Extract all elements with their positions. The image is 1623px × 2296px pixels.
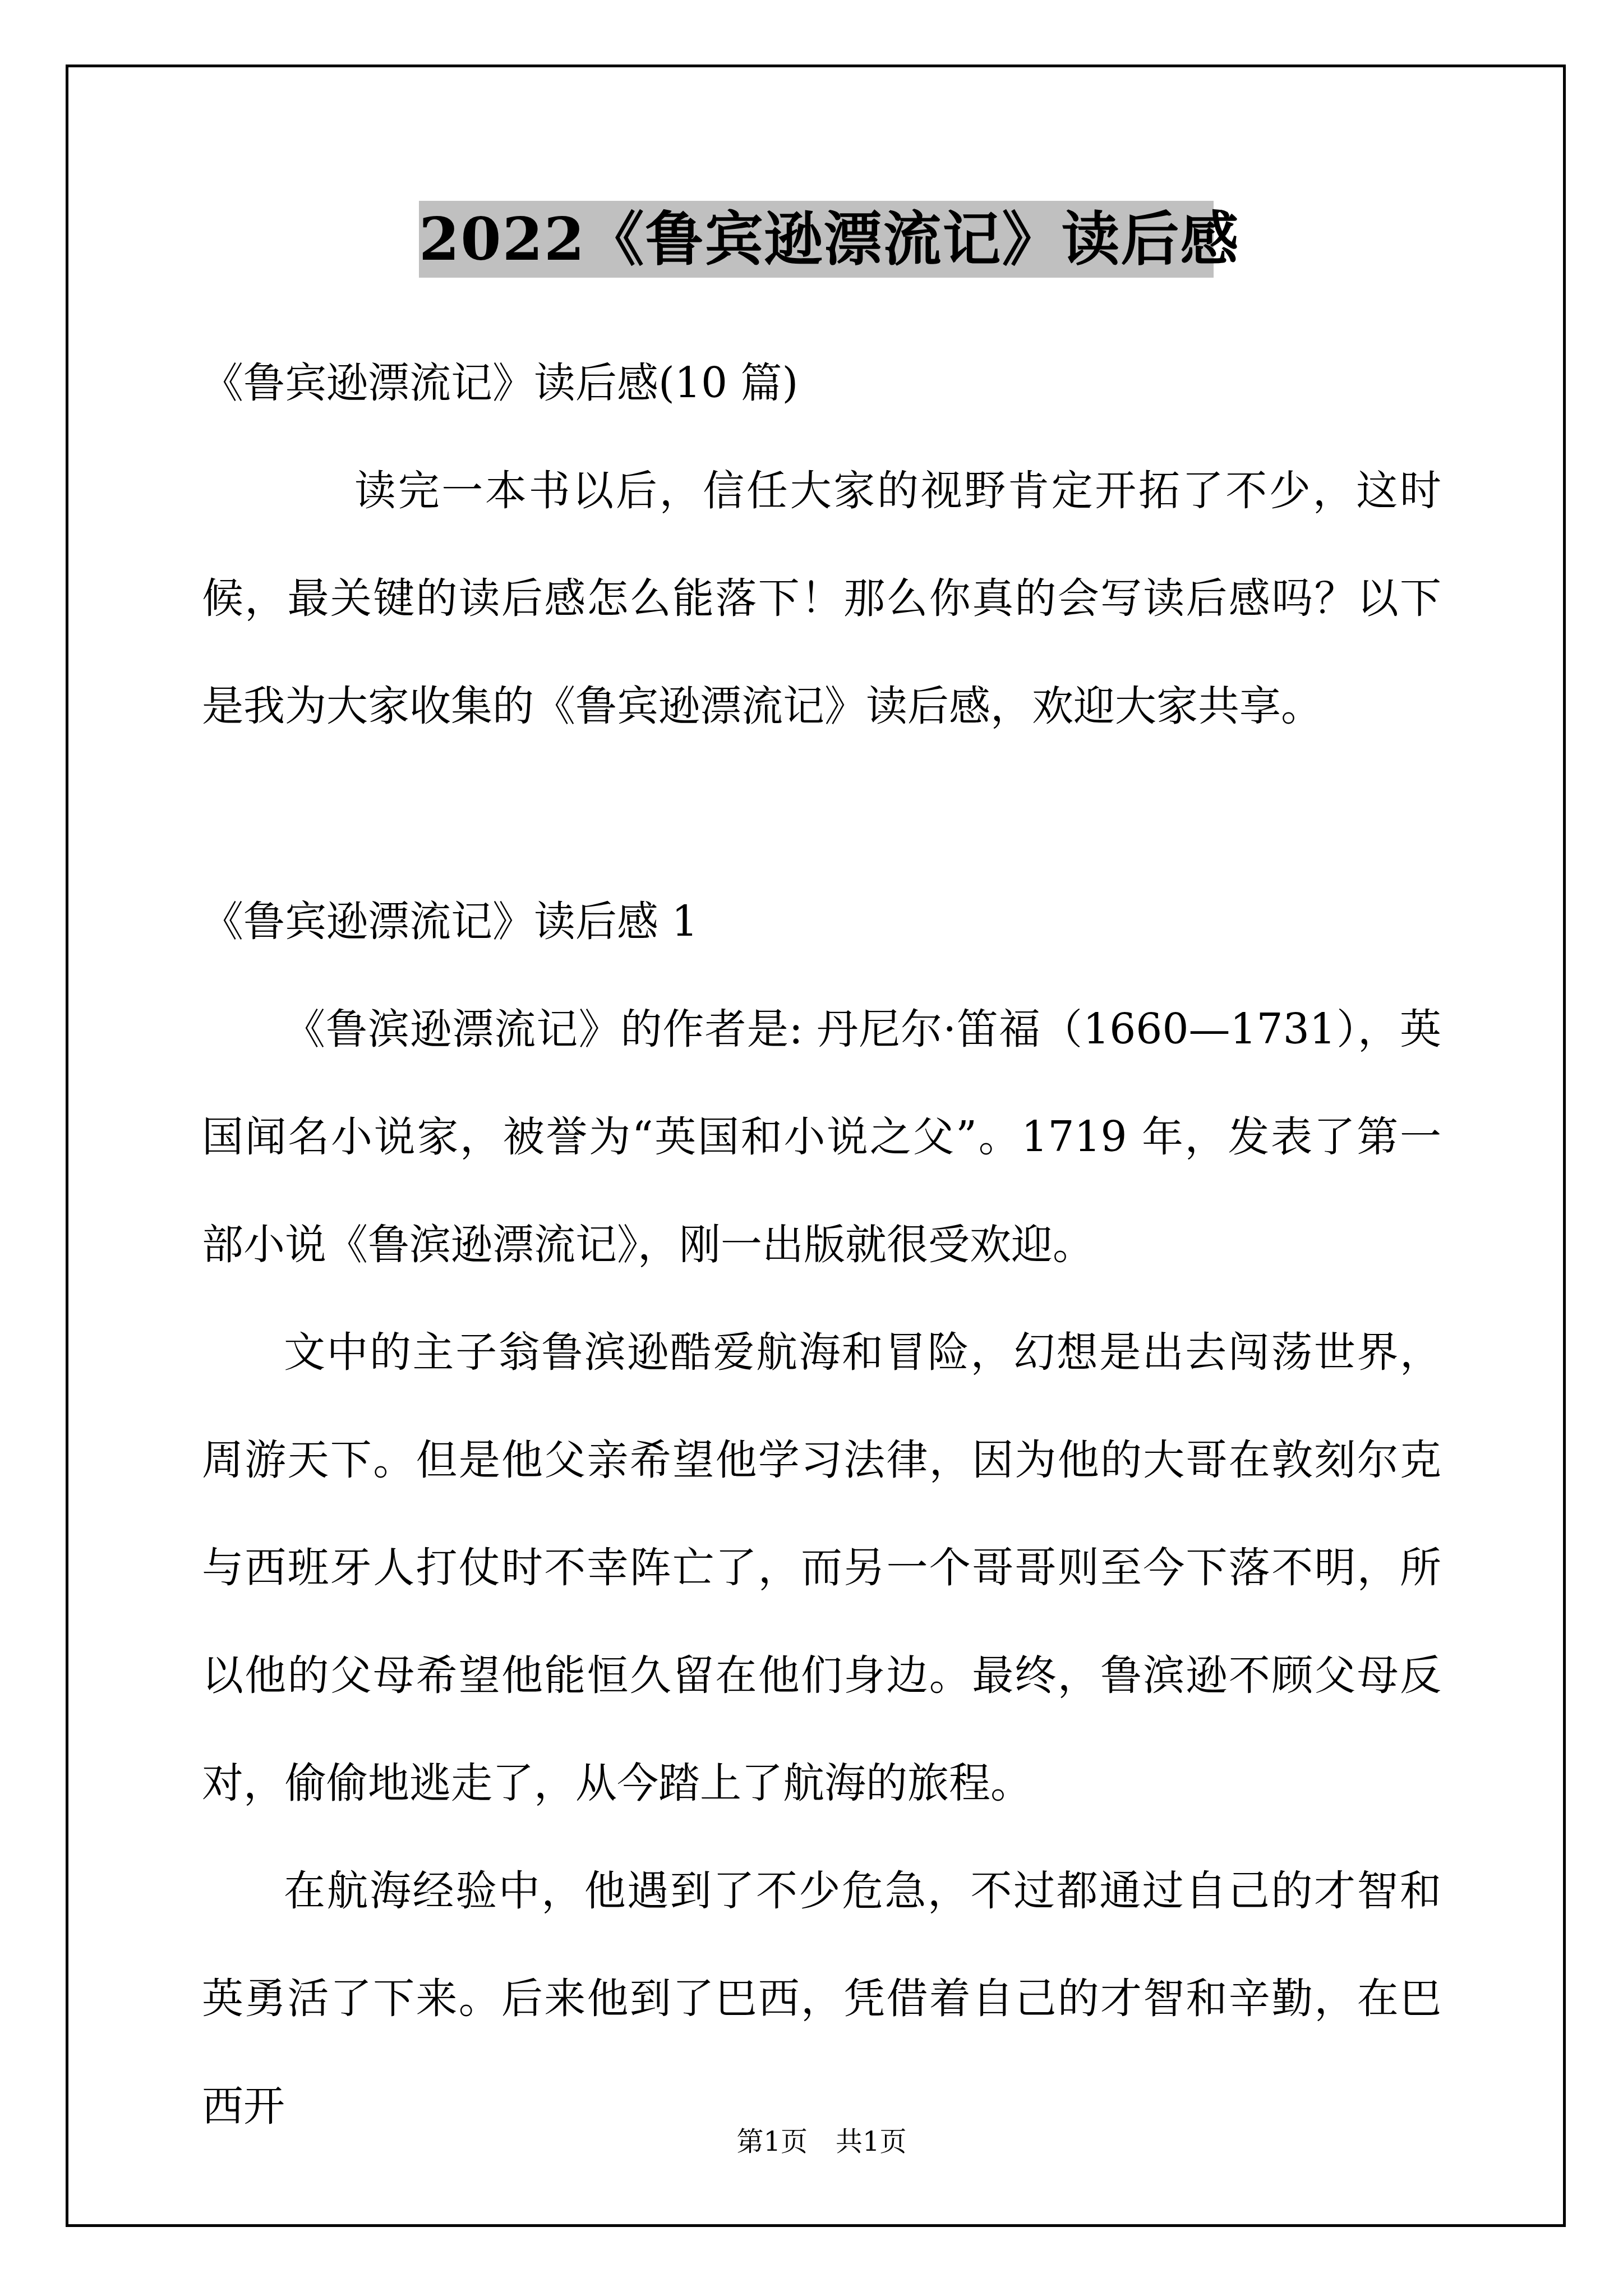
section1-paragraph-2: 文中的主子翁鲁滨逊酷爱航海和冒险，幻想是出去闯荡世界，周游天下。但是他父亲希望他… bbox=[202, 1299, 1441, 1837]
page-number-label: 第1页 bbox=[736, 2126, 808, 2157]
intro-paragraph: 读完一本书以后，信任大家的视野肯定开拓了不少，这时候，最关键的读后感怎么能落下！… bbox=[202, 437, 1441, 760]
page-total-label: 共1页 bbox=[836, 2126, 907, 2157]
section1-paragraph-1: 《鲁滨逊漂流记》的作者是: 丹尼尔·笛福（1660—1731），英国闻名小说家，… bbox=[202, 976, 1441, 1299]
section1-heading: 《鲁宾逊漂流记》读后感 1 bbox=[202, 868, 1441, 976]
document-body: 《鲁宾逊漂流记》读后感(10 篇) 读完一本书以后，信任大家的视野肯定开拓了不少… bbox=[202, 329, 1441, 2160]
document-page: 2022《鲁宾逊漂流记》读后感 《鲁宾逊漂流记》读后感(10 篇) 读完一本书以… bbox=[0, 0, 1623, 2296]
page-footer: 第1页共1页 bbox=[202, 2126, 1441, 2157]
subtitle-line: 《鲁宾逊漂流记》读后感(10 篇) bbox=[202, 329, 1441, 437]
document-title: 2022《鲁宾逊漂流记》读后感 bbox=[419, 201, 1214, 278]
section1-paragraph-3: 在航海经验中，他遇到了不少危急，不过都通过自己的才智和英勇活了下来。后来他到了巴… bbox=[202, 1837, 1441, 2160]
